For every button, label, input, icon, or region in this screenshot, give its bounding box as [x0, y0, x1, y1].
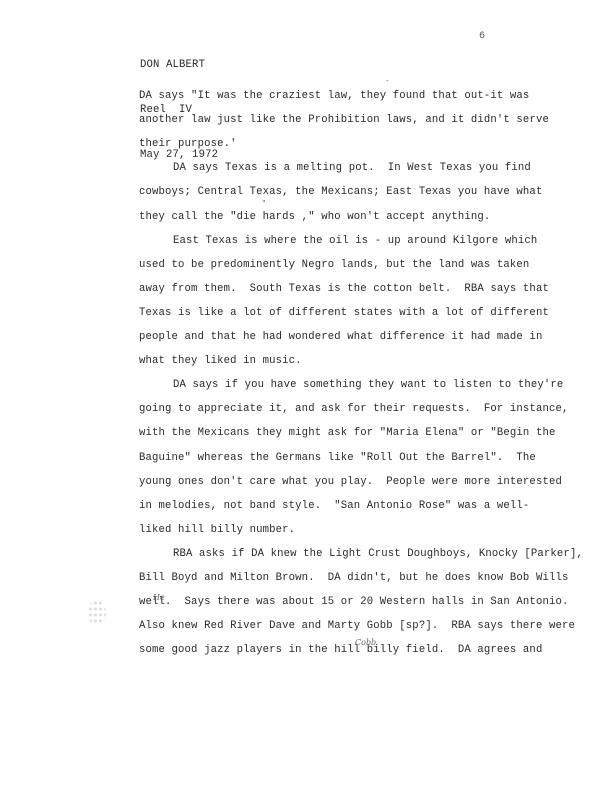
- transcript-line: with the Mexicans they might ask for "Ma…: [139, 425, 555, 441]
- transcript-line: they call the "die hards ," who won't ac…: [139, 209, 490, 225]
- transcript-line: DA says if you have something they want …: [139, 377, 563, 393]
- transcript-line: their purpose.': [139, 136, 237, 152]
- transcript-line: in melodies, not band style. "San Antoni…: [139, 498, 529, 514]
- handwritten-quote-annotation: ": [262, 199, 266, 208]
- transcript-line: away from them. South Texas is the cotto…: [139, 281, 549, 297]
- margin-smudge: [88, 600, 106, 626]
- transcript-line: liked hill billy number.: [139, 522, 295, 538]
- transcript-line: going to appreciate it, and ask for thei…: [139, 401, 568, 417]
- transcript-line: East Texas is where the oil is - up arou…: [139, 233, 537, 249]
- handwritten-dash-annotation: -: [386, 76, 389, 85]
- transcript-line: well. Says there was about 15 or 20 West…: [139, 594, 568, 610]
- transcript-line: Also knew Red River Dave and Marty Gobb …: [139, 618, 575, 634]
- handwritten-cobb-correction: Cobb: [355, 638, 376, 647]
- transcript-line: Texas is like a lot of different states …: [139, 305, 549, 321]
- transcript-line: some good jazz players in the hill billy…: [139, 642, 542, 658]
- transcript-line: cowboys; Central Texas, the Mexicans; Ea…: [139, 184, 542, 200]
- transcript-line: another law just like the Prohibition la…: [139, 112, 549, 128]
- transcript-line: DA says Texas is a melting pot. In West …: [139, 160, 531, 176]
- document-page: DON ALBERT Reel IV May 27, 1972 6 DA say…: [0, 0, 612, 792]
- transcript-line: RBA asks if DA knew the Light Crust Doug…: [139, 546, 583, 562]
- transcript-line: people and that he had wondered what dif…: [139, 329, 542, 345]
- handwritten-he-annotation: He: [153, 593, 165, 602]
- transcript-line: Baguine" whereas the Germans like "Roll …: [139, 450, 536, 466]
- transcript-line: young ones don't care what you play. Peo…: [139, 474, 562, 490]
- transcript-line: what they liked in music.: [139, 353, 302, 369]
- transcript-line: used to be predominently Negro lands, bu…: [139, 257, 529, 273]
- interviewee-name: DON ALBERT: [140, 58, 218, 73]
- transcript-line: Bill Boyd and Milton Brown. DA didn't, b…: [139, 570, 568, 586]
- page-number: 6: [479, 31, 485, 42]
- transcript-line: DA says "It was the craziest law, they f…: [139, 88, 529, 104]
